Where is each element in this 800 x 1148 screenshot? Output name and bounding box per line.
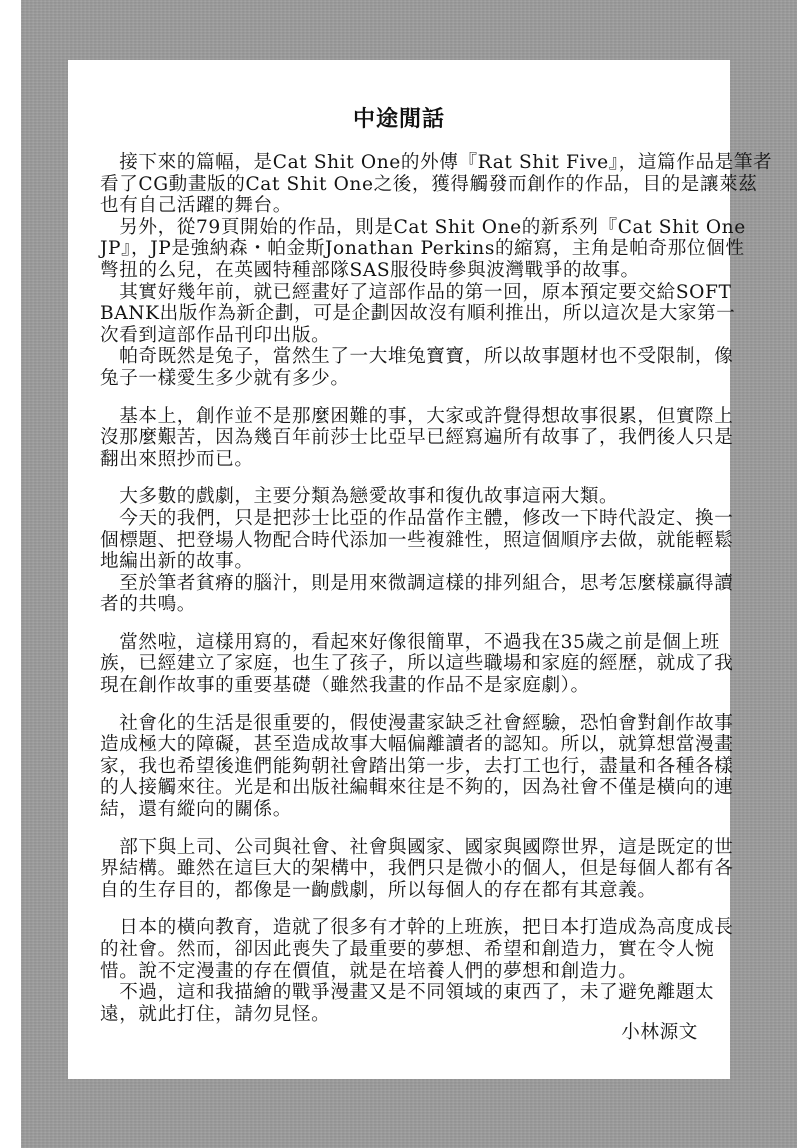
text-line: 社會化的生活是很重要的，假使漫畫家缺乏社會經驗，恐怕會對創作故事 (100, 713, 700, 735)
text-line: 的社會。然而，卻因此喪失了最重要的夢想、希望和創造力，實在令人惋 (100, 939, 700, 961)
author-signature: 小林源文 (621, 1022, 698, 1044)
text-line: 家，我也希望後進們能夠朝社會踏出第一步，去打工也行，盡量和各種各樣 (100, 756, 700, 778)
text-line: 沒那麼艱苦，因為幾百年前莎士比亞早已經寫遍所有故事了，我們後人只是 (100, 427, 700, 449)
text-line: 彆扭的么兒，在英國特種部隊SAS服役時參與波灣戰爭的故事。 (100, 260, 700, 282)
text-line: BANK出版作為新企劃，可是企劃因故沒有順利推出，所以這次是大家第一 (100, 303, 700, 325)
text-line: 遠，就此打住，請勿見怪。 (100, 1004, 700, 1026)
paragraph-group: 接下來的篇幅，是Cat Shit One的外傳『Rat Shit Five』，這… (100, 152, 700, 390)
text-page: 中途閒話 接下來的篇幅，是Cat Shit One的外傳『Rat Shit Fi… (68, 60, 730, 1079)
text-line: 另外，從79頁開始的作品，則是Cat Shit One的新系列『Cat Shit… (100, 217, 700, 239)
text-line: 帕奇既然是兔子，當然生了一大堆兔寶寶，所以故事題材也不受限制，像 (100, 346, 700, 368)
text-line: 造成極大的障礙，甚至造成故事大幅偏離讀者的認知。所以，就算想當漫畫 (100, 734, 700, 756)
text-line: JP』，JP是強納森・帕金斯Jonathan Perkins的縮寫，主角是帕奇那… (100, 238, 700, 260)
paragraph-group: 社會化的生活是很重要的，假使漫畫家缺乏社會經驗，恐怕會對創作故事 造成極大的障礙… (100, 713, 700, 821)
page-title: 中途閒話 (68, 106, 730, 134)
text-line: 界結構。雖然在這巨大的架構中，我們只是微小的個人，但是每個人都有各 (100, 858, 700, 880)
text-line: 大多數的戲劇，主要分類為戀愛故事和復仇故事這兩大類。 (100, 486, 700, 508)
text-line: 其實好幾年前，就已經畫好了這部作品的第一回，原本預定要交給SOFT (100, 282, 700, 304)
paragraph-group: 當然啦，這樣用寫的，看起來好像很簡單，不過我在35歲之前是個上班 族，已經建立了… (100, 632, 700, 697)
paragraph-group: 基本上，創作並不是那麼困難的事，大家或許覺得想故事很累，但實際上 沒那麼艱苦，因… (100, 406, 700, 471)
paragraph-group: 部下與上司、公司與社會、社會與國家、國家與國際世界，這是既定的世 界結構。雖然在… (100, 837, 700, 902)
text-line: 地編出新的故事。 (100, 551, 700, 573)
text-line: 結，還有縱向的關係。 (100, 799, 700, 821)
paragraph-group: 日本的橫向教育，造就了很多有才幹的上班族，把日本打造成為高度成長 的社會。然而，… (100, 917, 700, 1025)
text-line: 的人接觸來往。光是和出版社編輯來往是不夠的，因為社會不僅是橫向的連 (100, 777, 700, 799)
text-line: 日本的橫向教育，造就了很多有才幹的上班族，把日本打造成為高度成長 (100, 917, 700, 939)
text-line: 個標題、把登場人物配合時代添加一些複雜性，照這個順序去做，就能輕鬆 (100, 530, 700, 552)
text-line: 自的生存目的，都像是一齣戲劇，所以每個人的存在都有其意義。 (100, 880, 700, 902)
text-line: 至於筆者貧瘠的腦汁，則是用來微調這樣的排列組合，思考怎麼樣贏得讀 (100, 573, 700, 595)
text-line: 今天的我們，只是把莎士比亞的作品當作主體，修改一下時代設定、換一 (100, 508, 700, 530)
text-line: 次看到這部作品刊印出版。 (100, 325, 700, 347)
essay-body: 接下來的篇幅，是Cat Shit One的外傳『Rat Shit Five』，這… (100, 152, 700, 1025)
text-line: 不過，這和我描繪的戰爭漫畫又是不同領域的東西了，未了避免離題太 (100, 982, 700, 1004)
paragraph-group: 大多數的戲劇，主要分類為戀愛故事和復仇故事這兩大類。 今天的我們，只是把莎士比亞… (100, 486, 700, 616)
text-line: 部下與上司、公司與社會、社會與國家、國家與國際世界，這是既定的世 (100, 837, 700, 859)
text-line: 看了CG動畫版的Cat Shit One之後，獲得觸發而創作的作品，目的是讓萊茲 (100, 174, 700, 196)
text-line: 族，已經建立了家庭，也生了孩子，所以這些職場和家庭的經歷，就成了我 (100, 653, 700, 675)
text-line: 現在創作故事的重要基礎（雖然我畫的作品不是家庭劇）。 (100, 675, 700, 697)
text-line: 者的共鳴。 (100, 594, 700, 616)
text-line: 接下來的篇幅，是Cat Shit One的外傳『Rat Shit Five』，這… (100, 152, 700, 174)
text-line: 當然啦，這樣用寫的，看起來好像很簡單，不過我在35歲之前是個上班 (100, 632, 700, 654)
text-line: 也有自己活躍的舞台。 (100, 195, 700, 217)
text-line: 兔子一樣愛生多少就有多少。 (100, 368, 700, 390)
text-line: 惜。說不定漫畫的存在價值，就是在培養人們的夢想和創造力。 (100, 961, 700, 983)
text-line: 基本上，創作並不是那麼困難的事，大家或許覺得想故事很累，但實際上 (100, 406, 700, 428)
text-line: 翻出來照抄而已。 (100, 449, 700, 471)
